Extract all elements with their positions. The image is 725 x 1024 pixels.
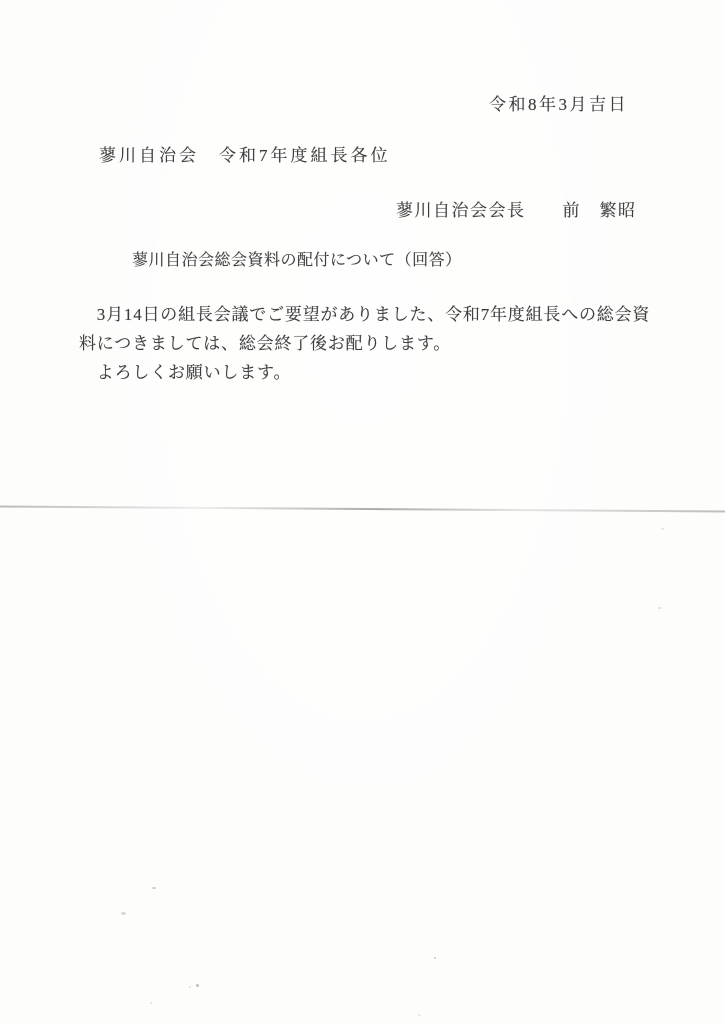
- scan-speck: [121, 912, 126, 915]
- sender-signature-line: 蓼川自治会会長 前 繁昭: [396, 196, 637, 221]
- recipient-line: 蓼川自治会 令和7年度組長各位: [99, 141, 391, 166]
- scan-speck: [150, 1002, 152, 1004]
- closing-line: よろしくお願いします。: [79, 358, 291, 383]
- scan-speck: [434, 957, 436, 959]
- body-text-line: 料につきましては、総会終了後お配りします。: [79, 329, 451, 354]
- paper-fold-crease: [0, 505, 725, 512]
- body-text-line: 3月14日の組長会議でご要望がありました、令和7年度組長への総会資: [79, 300, 650, 325]
- subject-line: 蓼川自治会総会資料の配付について（回答）: [132, 247, 462, 270]
- scan-speck: [661, 528, 664, 530]
- date-line: 令和8年3月吉日: [489, 90, 628, 115]
- scan-speck: [189, 986, 191, 988]
- scan-speck: [658, 607, 661, 609]
- scan-speck: [196, 984, 199, 987]
- scanned-letter-page: 令和8年3月吉日 蓼川自治会 令和7年度組長各位 蓼川自治会会長 前 繁昭 蓼川…: [0, 0, 725, 1024]
- scan-speck: [418, 1014, 421, 1016]
- scan-speck: [152, 887, 156, 889]
